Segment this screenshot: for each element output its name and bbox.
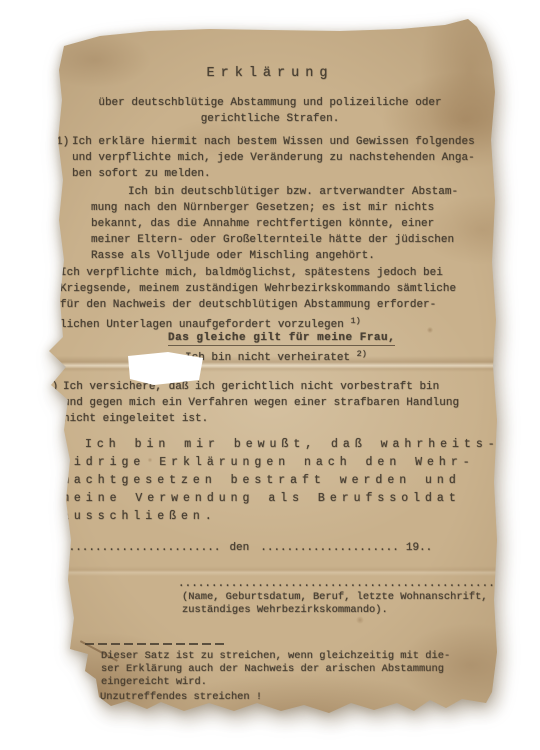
edge-vignette	[0, 0, 540, 750]
document-paper: Erklärung über deutschblütige Abstammung…	[0, 0, 540, 750]
scanned-document: Erklärung über deutschblütige Abstammung…	[0, 0, 540, 750]
footnote2-marker: 2)	[65, 691, 77, 705]
footnote1-marker: 1)	[66, 650, 78, 664]
